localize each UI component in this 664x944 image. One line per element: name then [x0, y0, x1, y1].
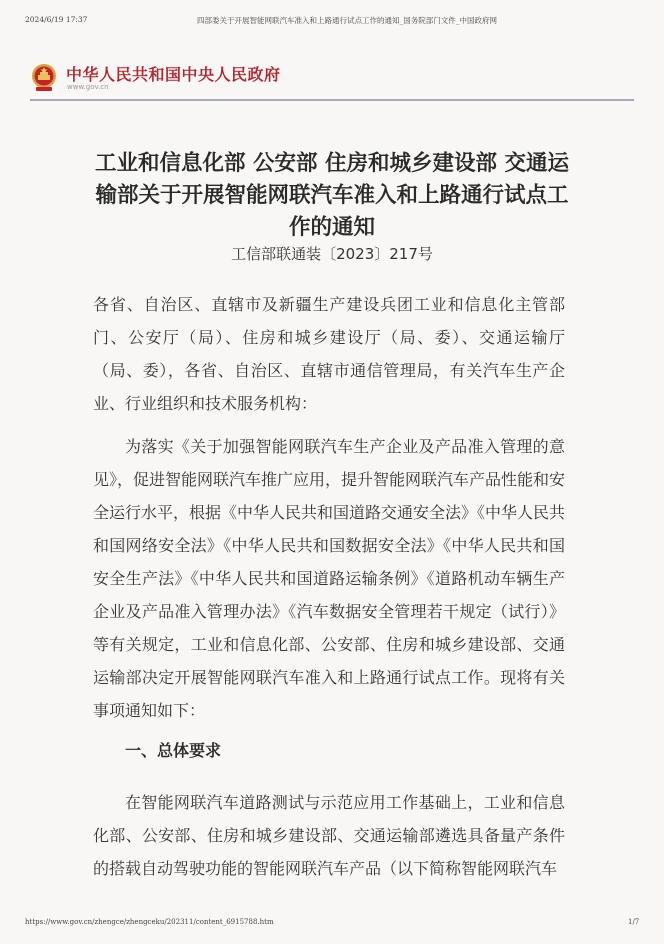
recipients-paragraph: 各省、自治区、直辖市及新疆生产建设兵团工业和信息化主管部门、公安厅（局）、住房和… [93, 288, 565, 420]
site-header: 中华人民共和国中央人民政府 www.gov.cn [30, 58, 634, 102]
body-paragraph: 在智能网联汽车道路测试与示范应用工作基础上，工业和信息化部、公安部、住房和城乡建… [93, 786, 565, 885]
site-name[interactable]: 中华人民共和国中央人民政府 [66, 62, 281, 85]
print-url: https://www.gov.cn/zhengce/zhengceku/202… [25, 918, 274, 926]
document-title: 工业和信息化部 公安部 住房和城乡建设部 交通运输部关于开展智能网联汽车准入和上… [90, 148, 574, 244]
site-url[interactable]: www.gov.cn [67, 83, 109, 91]
body-paragraph: 为落实《关于加强智能网联汽车生产企业及产品准入管理的意见》，促进智能网联汽车推广… [93, 430, 565, 727]
header-divider [30, 99, 634, 101]
print-header: 2024/6/19 17:37 四部委关于开展智能网联汽车准入和上路通行试点工作… [0, 15, 664, 29]
national-emblem-icon[interactable] [30, 63, 58, 93]
document-number: 工信部联通装〔2023〕217号 [90, 243, 574, 264]
print-datetime: 2024/6/19 17:37 [25, 15, 87, 24]
page-number: 1/7 [628, 918, 639, 926]
section-heading: 一、总体要求 [125, 738, 221, 761]
print-page-title: 四部委关于开展智能网联汽车准入和上路通行试点工作的通知_国务院部门文件_中国政府… [197, 15, 497, 26]
